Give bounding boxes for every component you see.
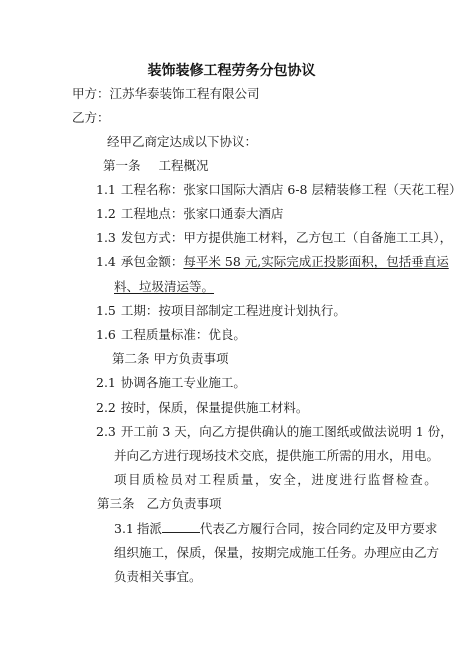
article-num: 第二条 <box>112 351 150 366</box>
clause-3-1: 3.1指派代表乙方履行合同，按合同约定及甲方要求 <box>114 520 437 537</box>
clause-1-5: 1.5工期：按项目部制定工程进度计划执行。 <box>96 303 346 319</box>
clause-num: 3.1 <box>114 521 134 536</box>
clause-label: 承包金额： <box>121 254 184 269</box>
clause-underlined-text: 每平米 58 元,实际完成正投影面积，包括垂直运 <box>183 254 448 269</box>
clause-underlined-text: 料、垃圾清运等。 <box>114 279 214 294</box>
clause-text: 工期：按项目部制定工程进度计划执行。 <box>121 303 346 318</box>
clause-2-3: 2.3开工前 3 天，向乙方提供确认的施工图纸或做法说明 1 份， <box>96 424 453 440</box>
clause-num: 1.2 <box>96 206 116 221</box>
clause-text: 协调各施工专业施工。 <box>121 375 246 390</box>
party-b: 乙方： <box>72 110 110 126</box>
clause-3-1-continued-1: 组织施工，保质，保量，按期完成施工任务。办理应由乙方 <box>114 545 439 561</box>
clause-2-2: 2.2按时，保质，保量提供施工材料。 <box>96 400 308 416</box>
clause-num: 2.2 <box>96 400 116 415</box>
clause-text-pre: 指派 <box>137 521 162 536</box>
representative-blank <box>162 520 200 533</box>
clause-text: 发包方式：甲方提供施工材料，乙方包工（自备施工工具）， <box>121 230 452 245</box>
clause-num: 1.1 <box>96 182 116 197</box>
clause-1-3: 1.3发包方式：甲方提供施工材料，乙方包工（自备施工工具）， <box>96 230 452 246</box>
clause-3-1-continued-2: 负责相关事宜。 <box>114 569 202 585</box>
article-1-heading: 第一条工程概况 <box>103 158 209 174</box>
clause-text-post: 代表乙方履行合同，按合同约定及甲方要求 <box>200 521 438 536</box>
clause-text: 按时，保质，保量提供施工材料。 <box>121 400 309 415</box>
document-title: 装饰装修工程劳务分包协议 <box>0 62 463 80</box>
clause-1-6: 1.6工程质量标准：优良。 <box>96 327 246 343</box>
article-title: 工程概况 <box>159 158 209 173</box>
party-a: 甲方：江苏华泰装饰工程有限公司 <box>72 86 260 102</box>
article-num: 第一条 <box>103 158 141 173</box>
article-2-heading: 第二条 甲方负责事项 <box>112 351 229 367</box>
clause-text: 工程名称：张家口国际大酒店 6-8 层精装修工程（天花工程） <box>121 182 462 197</box>
clause-2-3-continued-1: 并向乙方进行现场技术交底，提供施工所需的用水，用电。 <box>114 448 439 464</box>
clause-text: 开工前 3 天，向乙方提供确认的施工图纸或做法说明 1 份， <box>121 424 453 439</box>
clause-2-1: 2.1协调各施工专业施工。 <box>96 375 246 391</box>
clause-num: 2.1 <box>96 375 116 390</box>
clause-num: 1.4 <box>96 254 116 269</box>
clause-num: 1.5 <box>96 303 116 318</box>
clause-num: 2.3 <box>96 424 116 439</box>
clause-text: 工程地点：张家口通泰大酒店 <box>121 206 284 221</box>
article-title: 乙方负责事项 <box>147 496 222 511</box>
clause-1-1: 1.1工程名称：张家口国际大酒店 6-8 层精装修工程（天花工程） <box>96 182 461 198</box>
article-num: 第三条 <box>97 496 135 511</box>
intro-text: 经甲乙商定达成以下协议： <box>107 134 257 150</box>
article-3-heading: 第三条乙方负责事项 <box>97 496 222 512</box>
clause-num: 1.6 <box>96 327 116 342</box>
clause-1-4: 1.4承包金额：每平米 58 元,实际完成正投影面积，包括垂直运 <box>96 254 449 270</box>
clause-1-4-continued: 料、垃圾清运等。 <box>114 279 214 295</box>
clause-2-3-continued-2: 项目质检员对工程质量，安全，进度进行监督检查。 <box>114 472 438 488</box>
clause-text: 工程质量标准：优良。 <box>121 327 246 342</box>
clause-1-2: 1.2工程地点：张家口通泰大酒店 <box>96 206 283 222</box>
article-title: 甲方负责事项 <box>154 351 229 366</box>
clause-num: 1.3 <box>96 230 116 245</box>
